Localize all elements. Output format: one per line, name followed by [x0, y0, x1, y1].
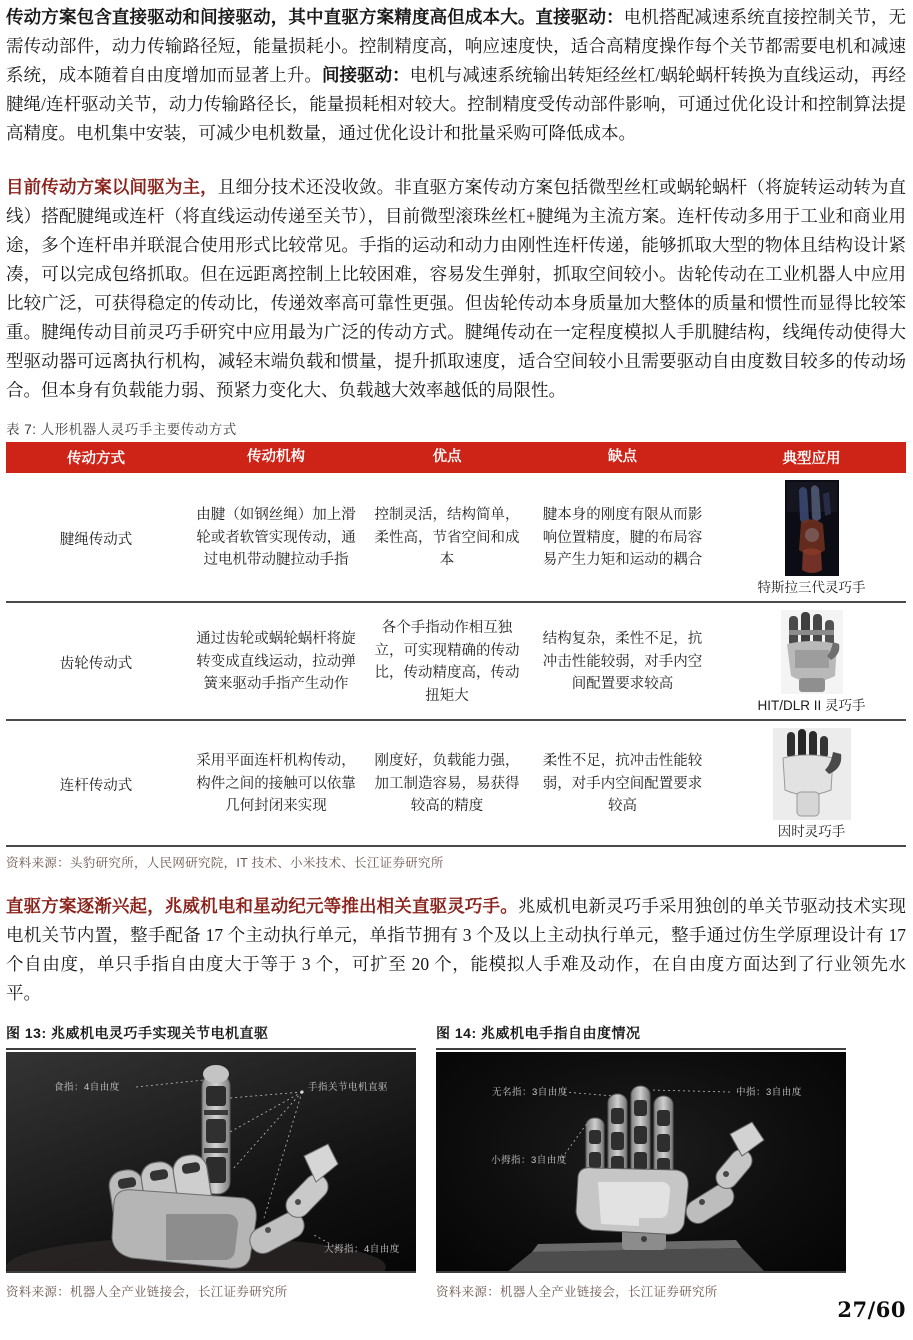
tesla-gen3-hand-image [785, 480, 839, 576]
figures-row: 图 13: 兆威机电灵巧手实现关节电机直驱 [6, 1023, 906, 1300]
figure-13-annotation-index: 食指：4自由度 [54, 1079, 120, 1093]
transmission-table-section: 表 7: 人形机器人灵巧手主要传动方式 传动方式 传动机构 优点 缺点 典型应用… [6, 418, 906, 871]
row1-pros: 控制灵活，结构简单，柔性高，节省空间和成本 [366, 504, 528, 572]
figure-14-annotation-ring: 无名指：3自由度 [492, 1084, 568, 1098]
figure-14-source: 资料来源：机器人全产业链接会，长江证券研究所 [436, 1282, 846, 1300]
figure-14: 图 14: 兆威机电手指自由度情况 [436, 1023, 846, 1300]
row2-mechanism: 通过齿轮或蜗轮蜗杆将旋转变成直线运动，拉动弹簧来驱动手指产生动作 [186, 628, 366, 696]
row3-cons: 柔性不足，抗冲击性能较弱，对手内空间配置要求较高 [528, 750, 717, 818]
p2-text: 且细分技术还没收敛。非直驱方案传动方案包括微型丝杠或蜗轮蜗杆（将旋转运动转为直线… [6, 177, 906, 400]
paragraph-drive-overview: 传动方案包含直接驱动和间接驱动，其中直驱方案精度高但成本大。直接驱动：电机搭配减… [6, 3, 906, 148]
row3-mechanism: 采用平面连杆机构传动，构件之间的接触可以依靠几何封闭来实现 [186, 750, 366, 818]
inspire-hand-image [773, 728, 851, 820]
table-header-example: 典型应用 [717, 447, 906, 468]
figure-14-caption: 图 14: 兆威机电手指自由度情况 [436, 1023, 846, 1050]
row2-method: 齿轮传动式 [6, 652, 186, 673]
page-number: 27/60 [837, 1297, 906, 1322]
p3-lead-red: 直驱方案逐渐兴起，兆威机电和星动纪元等推出相关直驱灵巧手。 [6, 896, 518, 916]
figure-13-annotation-joint-motor: 手指关节电机直驱 [308, 1079, 388, 1093]
p1-indirect-label: 间接驱动： [322, 65, 410, 85]
table-header-pros: 优点 [366, 446, 528, 469]
table-header-mechanism: 传动机构 [186, 446, 366, 469]
row2-example-caption: HIT/DLR II 灵巧手 [757, 697, 865, 714]
figure-14-annotation-pinky: 小拇指：3自由度 [491, 1152, 567, 1166]
report-page: { "colors":{ "table_header_bg":"#ce2418"… [0, 0, 913, 1340]
row1-cons: 腱本身的刚度有限从而影响位置精度，腱的布局容易产生力矩和运动的耦合 [528, 504, 717, 572]
figure-13-image: 食指：4自由度 手指关节电机直驱 大拇指：4自由度 [6, 1052, 416, 1273]
table-source: 资料来源：头豹研究所，人民网研究院，IT 技术、小米技术、长江证券研究所 [6, 853, 906, 871]
figure-14-annotation-middle: 中指：3自由度 [736, 1084, 802, 1098]
p1-lead-bold: 传动方案包含直接驱动和间接驱动，其中直驱方案精度高但成本大。 [6, 7, 536, 27]
table-header-method: 传动方式 [6, 447, 186, 468]
table-header-cons: 缺点 [528, 446, 717, 469]
row1-method: 腱绳传动式 [6, 528, 186, 549]
row3-pros: 刚度好，负载能力强，加工制造容易，易获得较高的精度 [366, 750, 528, 818]
p2-lead-red: 目前传动方案以间驱为主， [6, 177, 218, 197]
row2-cons: 结构复杂，柔性不足，抗冲击性能较弱，对手内空间配置要求较高 [528, 628, 717, 696]
page-content: 传动方案包含直接驱动和间接驱动，其中直驱方案精度高但成本大。直接驱动：电机搭配减… [0, 0, 913, 1300]
paragraph-direct-drive-rise: 直驱方案逐渐兴起，兆威机电和星动纪元等推出相关直驱灵巧手。兆威机电新灵巧手采用独… [6, 892, 906, 1008]
table-row: 腱绳传动式 由腱（如钢丝绳）加上滑轮或者软管实现传动，通过电机带动腱拉动手指 控… [6, 473, 906, 603]
row3-method: 连杆传动式 [6, 774, 186, 795]
p1-direct-label: 直接驱动： [536, 7, 624, 27]
row2-example-cell: HIT/DLR II 灵巧手 [717, 610, 906, 714]
table-row: 齿轮传动式 通过齿轮或蜗轮蜗杆将旋转变成直线运动，拉动弹簧来驱动手指产生动作 各… [6, 603, 906, 721]
row3-example-caption: 因时灵巧手 [778, 823, 846, 840]
figure-13: 图 13: 兆威机电灵巧手实现关节电机直驱 [6, 1023, 416, 1300]
row1-mechanism: 由腱（如钢丝绳）加上滑轮或者软管实现传动，通过电机带动腱拉动手指 [186, 504, 366, 572]
figure-13-caption: 图 13: 兆威机电灵巧手实现关节电机直驱 [6, 1023, 416, 1050]
figure-14-image: 无名指：3自由度 中指：3自由度 小拇指：3自由度 [436, 1052, 846, 1273]
table-header-row: 传动方式 传动机构 优点 缺点 典型应用 [6, 442, 906, 473]
paragraph-current-schemes: 目前传动方案以间驱为主，且细分技术还没收敛。非直驱方案传动方案包括微型丝杠或蜗轮… [6, 173, 906, 405]
transmission-table: 传动方式 传动机构 优点 缺点 典型应用 腱绳传动式 由腱（如钢丝绳）加上滑轮或… [6, 442, 906, 847]
table-row: 连杆传动式 采用平面连杆机构传动，构件之间的接触可以依靠几何封闭来实现 刚度好，… [6, 721, 906, 847]
row3-example-cell: 因时灵巧手 [717, 728, 906, 840]
row2-pros: 各个手指动作相互独立，可实现精确的传动比，传动精度高，传动扭矩大 [366, 617, 528, 707]
hit-dlr-hand-image [781, 610, 843, 694]
row1-example-caption: 特斯拉三代灵巧手 [758, 579, 866, 596]
row1-example-cell: 特斯拉三代灵巧手 [717, 480, 906, 596]
figure-13-source: 资料来源：机器人全产业链接会，长江证券研究所 [6, 1282, 416, 1300]
figure-13-annotation-thumb: 大拇指：4自由度 [324, 1241, 400, 1255]
table-title: 表 7: 人形机器人灵巧手主要传动方式 [6, 418, 906, 438]
